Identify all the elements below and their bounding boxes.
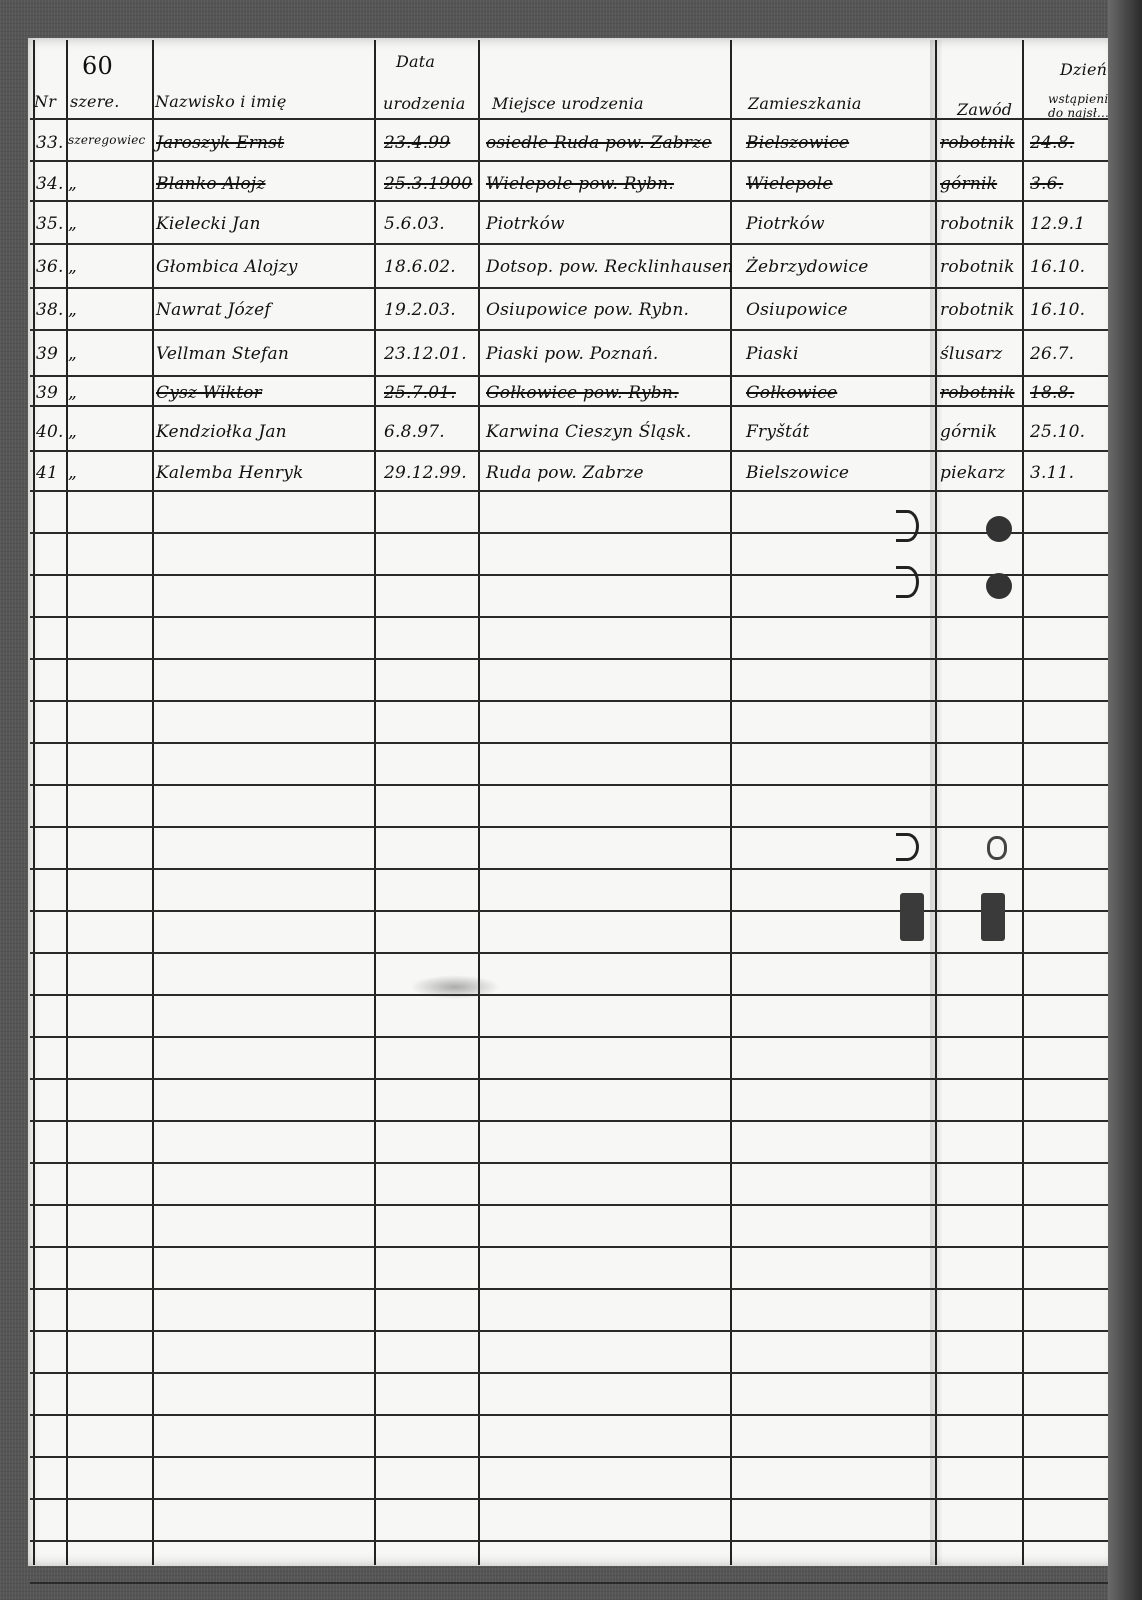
row-number: 39 xyxy=(36,344,58,364)
row-residence: Wielepole xyxy=(746,174,833,194)
row-birth-place: Osiupowice pow. Rybn. xyxy=(486,300,689,320)
row-rule xyxy=(30,994,1110,996)
row-rule xyxy=(30,616,1110,618)
row-rank: „ xyxy=(68,422,77,442)
row-rank: „ xyxy=(68,383,77,403)
row-rule xyxy=(30,742,1110,744)
row-birth-date: 19.2.03. xyxy=(384,300,456,320)
punch-hole-mark xyxy=(896,566,919,598)
row-rule xyxy=(30,1120,1110,1122)
row-rule xyxy=(30,1078,1110,1080)
row-birth-date: 23.4.99 xyxy=(384,133,450,153)
row-rule xyxy=(30,329,1110,331)
row-name: Nawrat Józef xyxy=(156,300,271,320)
scan-edge-shadow xyxy=(1108,0,1142,1600)
row-occupation: piekarz xyxy=(940,463,1005,483)
row-birth-date: 23.12.01. xyxy=(384,344,467,364)
row-birth-place: Dotsop. pow. Recklinhausen xyxy=(486,257,733,277)
row-rule xyxy=(30,1246,1110,1248)
row-name: Kielecki Jan xyxy=(156,214,261,234)
row-rank: „ xyxy=(68,257,77,277)
row-occupation: górnik xyxy=(940,174,997,194)
row-rule xyxy=(30,826,1110,828)
row-rule xyxy=(30,1414,1110,1416)
row-rank: „ xyxy=(68,463,77,483)
row-rank: „ xyxy=(68,174,77,194)
row-occupation: robotnik xyxy=(940,133,1015,153)
row-residence: Bielszowice xyxy=(746,463,849,483)
row-rule xyxy=(30,1540,1110,1542)
row-entry-date: 25.10. xyxy=(1030,422,1085,442)
row-number: 41 xyxy=(36,463,58,483)
row-rule xyxy=(30,784,1110,786)
row-rule xyxy=(30,1288,1110,1290)
row-birth-place: Wielepole pow. Rybn. xyxy=(486,174,674,194)
row-entry-date: 24.8. xyxy=(1030,133,1074,153)
row-entry-date: 3.6. xyxy=(1030,174,1063,194)
row-entry-date: 3.11. xyxy=(1030,463,1074,483)
row-residence: Piaski xyxy=(746,344,799,364)
row-birth-place: Ruda pow. Zabrze xyxy=(486,463,644,483)
row-number: 40. xyxy=(36,422,64,442)
row-birth-date: 25.7.01. xyxy=(384,383,456,403)
row-number: 39 xyxy=(36,383,58,403)
row-birth-date: 18.6.02. xyxy=(384,257,456,277)
row-rule xyxy=(30,1036,1110,1038)
row-rule xyxy=(30,1456,1110,1458)
header-name: Nazwisko i imię xyxy=(155,92,286,111)
row-birth-place: Karwina Cieszyn Śląsk. xyxy=(486,422,692,442)
row-birth-place: Piotrków xyxy=(486,214,565,234)
row-rule xyxy=(30,910,1110,912)
header-nr: Nr xyxy=(34,92,56,111)
header-residence: Zamieszkania xyxy=(748,94,862,113)
column-rule xyxy=(374,40,376,1565)
row-birth-date: 25.3.1900 xyxy=(384,174,472,194)
row-rule xyxy=(30,700,1110,702)
punch-hole xyxy=(986,573,1012,599)
row-name: Cysz Wiktor xyxy=(156,383,262,403)
row-name: Kendziołka Jan xyxy=(156,422,287,442)
row-residence: Osiupowice xyxy=(746,300,848,320)
header-birth-place: Miejsce urodzenia xyxy=(492,94,644,113)
row-rule xyxy=(30,1498,1110,1500)
row-rank: „ xyxy=(68,214,77,234)
header-entry-date-3: do najsł... xyxy=(1048,106,1109,120)
row-birth-place: osiedle Ruda pow. Zabrze xyxy=(486,133,712,153)
ink-smudge xyxy=(410,975,500,999)
row-rule xyxy=(30,658,1110,660)
row-residence: Fryštát xyxy=(746,422,809,442)
row-number: 36. xyxy=(36,257,64,277)
punch-hole xyxy=(986,516,1012,542)
row-residence: Gołkowice xyxy=(746,383,837,403)
row-number: 35. xyxy=(36,214,64,234)
page-number: 60 xyxy=(82,52,113,80)
tape-mark xyxy=(900,893,924,941)
row-entry-date: 16.10. xyxy=(1030,300,1085,320)
row-residence: Żebrzydowice xyxy=(746,257,869,277)
row-rule xyxy=(30,574,1110,576)
row-birth-date: 29.12.99. xyxy=(384,463,467,483)
row-number: 38. xyxy=(36,300,64,320)
header-entry-date-2: wstąpienia xyxy=(1048,92,1116,106)
row-occupation: ślusarz xyxy=(940,344,1002,364)
header-entry-date-1: Dzień xyxy=(1060,60,1107,79)
row-entry-date: 26.7. xyxy=(1030,344,1074,364)
row-rule xyxy=(30,118,1110,120)
row-name: Kalemba Henryk xyxy=(156,463,304,483)
row-birth-date: 5.6.03. xyxy=(384,214,445,234)
row-rank: szeregowiec xyxy=(68,133,145,147)
row-residence: Piotrków xyxy=(746,214,825,234)
row-rule xyxy=(30,243,1110,245)
row-rank: „ xyxy=(68,300,77,320)
punch-hole-ring xyxy=(987,836,1007,860)
punch-hole-mark xyxy=(896,833,919,861)
header-birth-date-1: Data xyxy=(396,52,435,71)
row-rule xyxy=(30,1204,1110,1206)
row-rule xyxy=(30,200,1110,202)
row-rule xyxy=(30,1330,1110,1332)
column-rule xyxy=(152,40,154,1565)
row-number: 34. xyxy=(36,174,64,194)
row-rule xyxy=(30,375,1110,377)
row-rule xyxy=(30,160,1110,162)
row-rule xyxy=(30,490,1110,492)
row-birth-date: 6.8.97. xyxy=(384,422,445,442)
row-birth-place: Gołkowice pow. Rybn. xyxy=(486,383,679,403)
row-rank: „ xyxy=(68,344,77,364)
row-entry-date: 12.9.1 xyxy=(1030,214,1085,234)
tape-mark xyxy=(981,893,1005,941)
header-occupation: Zawód xyxy=(957,100,1012,119)
header-birth-date-2: urodzenia xyxy=(383,94,466,113)
row-occupation: górnik xyxy=(940,422,997,442)
column-rule xyxy=(1022,40,1024,1565)
row-occupation: robotnik xyxy=(940,300,1015,320)
row-birth-place: Piaski pow. Poznań. xyxy=(486,344,659,364)
column-rule xyxy=(935,40,937,1565)
row-rule xyxy=(30,450,1110,452)
row-residence: Bielszowice xyxy=(746,133,849,153)
row-name: Głombica Alojzy xyxy=(156,257,298,277)
row-rule xyxy=(30,952,1110,954)
row-number: 33. xyxy=(36,133,64,153)
row-rule xyxy=(30,1162,1110,1164)
row-entry-date: 18.8. xyxy=(1030,383,1074,403)
row-rule xyxy=(30,1372,1110,1374)
row-rule xyxy=(30,1582,1110,1584)
row-name: Blanko Alojz xyxy=(156,174,266,194)
row-occupation: robotnik xyxy=(940,257,1015,277)
row-entry-date: 16.10. xyxy=(1030,257,1085,277)
row-occupation: robotnik xyxy=(940,383,1015,403)
column-rule xyxy=(33,40,35,1565)
row-rule xyxy=(30,405,1110,407)
column-rule xyxy=(478,40,480,1565)
row-rule xyxy=(30,532,1110,534)
row-name: Jaroszyk Ernst xyxy=(156,133,284,153)
header-rank: szere. xyxy=(70,92,120,111)
row-name: Vellman Stefan xyxy=(156,344,289,364)
punch-hole-mark xyxy=(896,510,919,542)
row-rule xyxy=(30,868,1110,870)
row-rule xyxy=(30,287,1110,289)
row-occupation: robotnik xyxy=(940,214,1015,234)
